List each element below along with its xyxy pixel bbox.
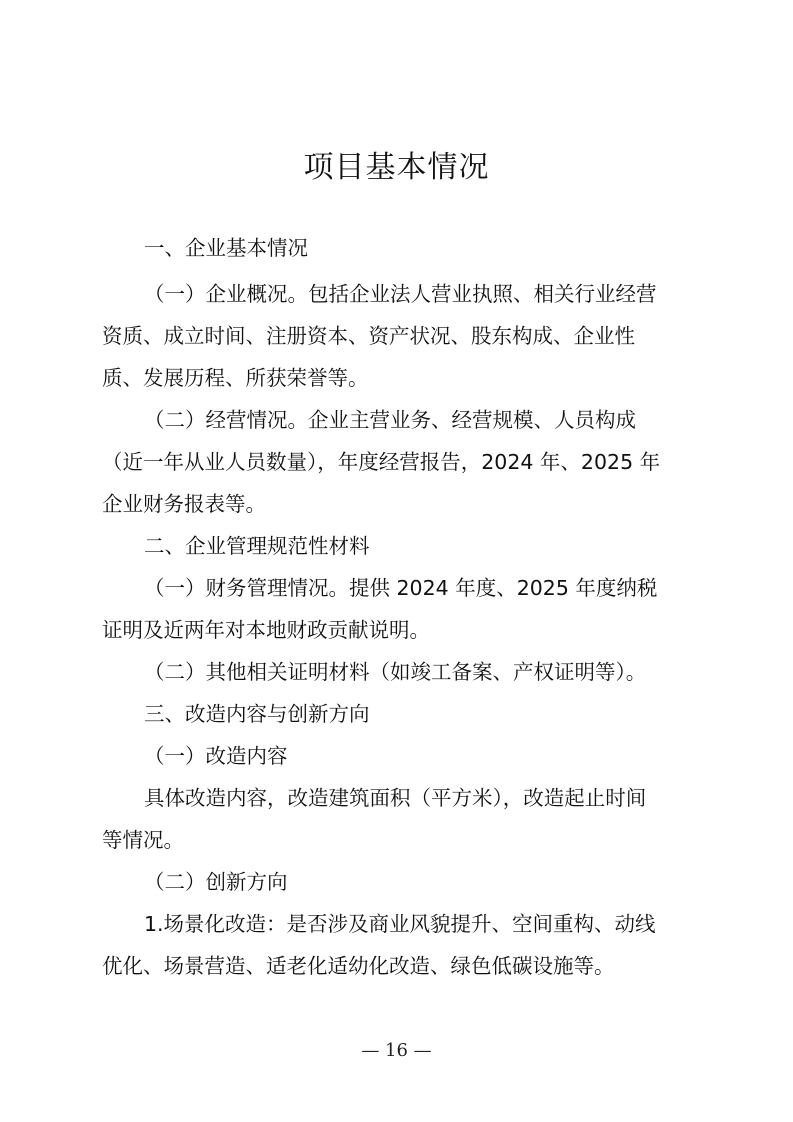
paragraph-1-1: （一）企业概况。包括企业法人营业执照、相关行业经营: [144, 280, 657, 308]
document-title: 项目基本情况: [0, 148, 793, 188]
page-number: — 16 —: [0, 1040, 793, 1061]
paragraph-2-2: （二）其他相关证明材料（如竣工备案、产权证明等）。: [144, 658, 646, 686]
section-heading-1: 一、企业基本情况: [144, 234, 308, 262]
paragraph-2-1: （一）财务管理情况。提供 2024 年度、2025 年度纳税: [144, 574, 657, 602]
paragraph-1-2-cont: （近一年从业人员数量），年度经营报告，2024 年、2025 年: [102, 448, 660, 476]
section-heading-3: 三、改造内容与创新方向: [144, 700, 370, 728]
paragraph-2-1-cont: 证明及近两年对本地财政贡献说明。: [102, 616, 430, 644]
subheading-3-1: （一）改造内容: [144, 742, 288, 770]
paragraph-1-1-cont: 资质、成立时间、注册资本、资产状况、股东构成、企业性: [102, 322, 635, 350]
paragraph-3-1-cont: 等情况。: [102, 826, 184, 854]
paragraph-1-2-cont: 企业财务报表等。: [102, 490, 266, 518]
paragraph-1-2: （二）经营情况。企业主营业务、经营规模、人员构成: [144, 406, 636, 434]
paragraph-3-2-1: 1.场景化改造：是否涉及商业风貌提升、空间重构、动线: [144, 910, 656, 938]
paragraph-3-1: 具体改造内容，改造建筑面积（平方米），改造起止时间: [144, 784, 646, 812]
paragraph-3-2-1-cont: 优化、场景营造、适老化适幼化改造、绿色低碳设施等。: [102, 952, 615, 980]
subheading-3-2: （二）创新方向: [144, 868, 288, 896]
section-heading-2: 二、企业管理规范性材料: [144, 532, 370, 560]
paragraph-1-1-cont: 质、发展历程、所获荣誉等。: [102, 364, 369, 392]
